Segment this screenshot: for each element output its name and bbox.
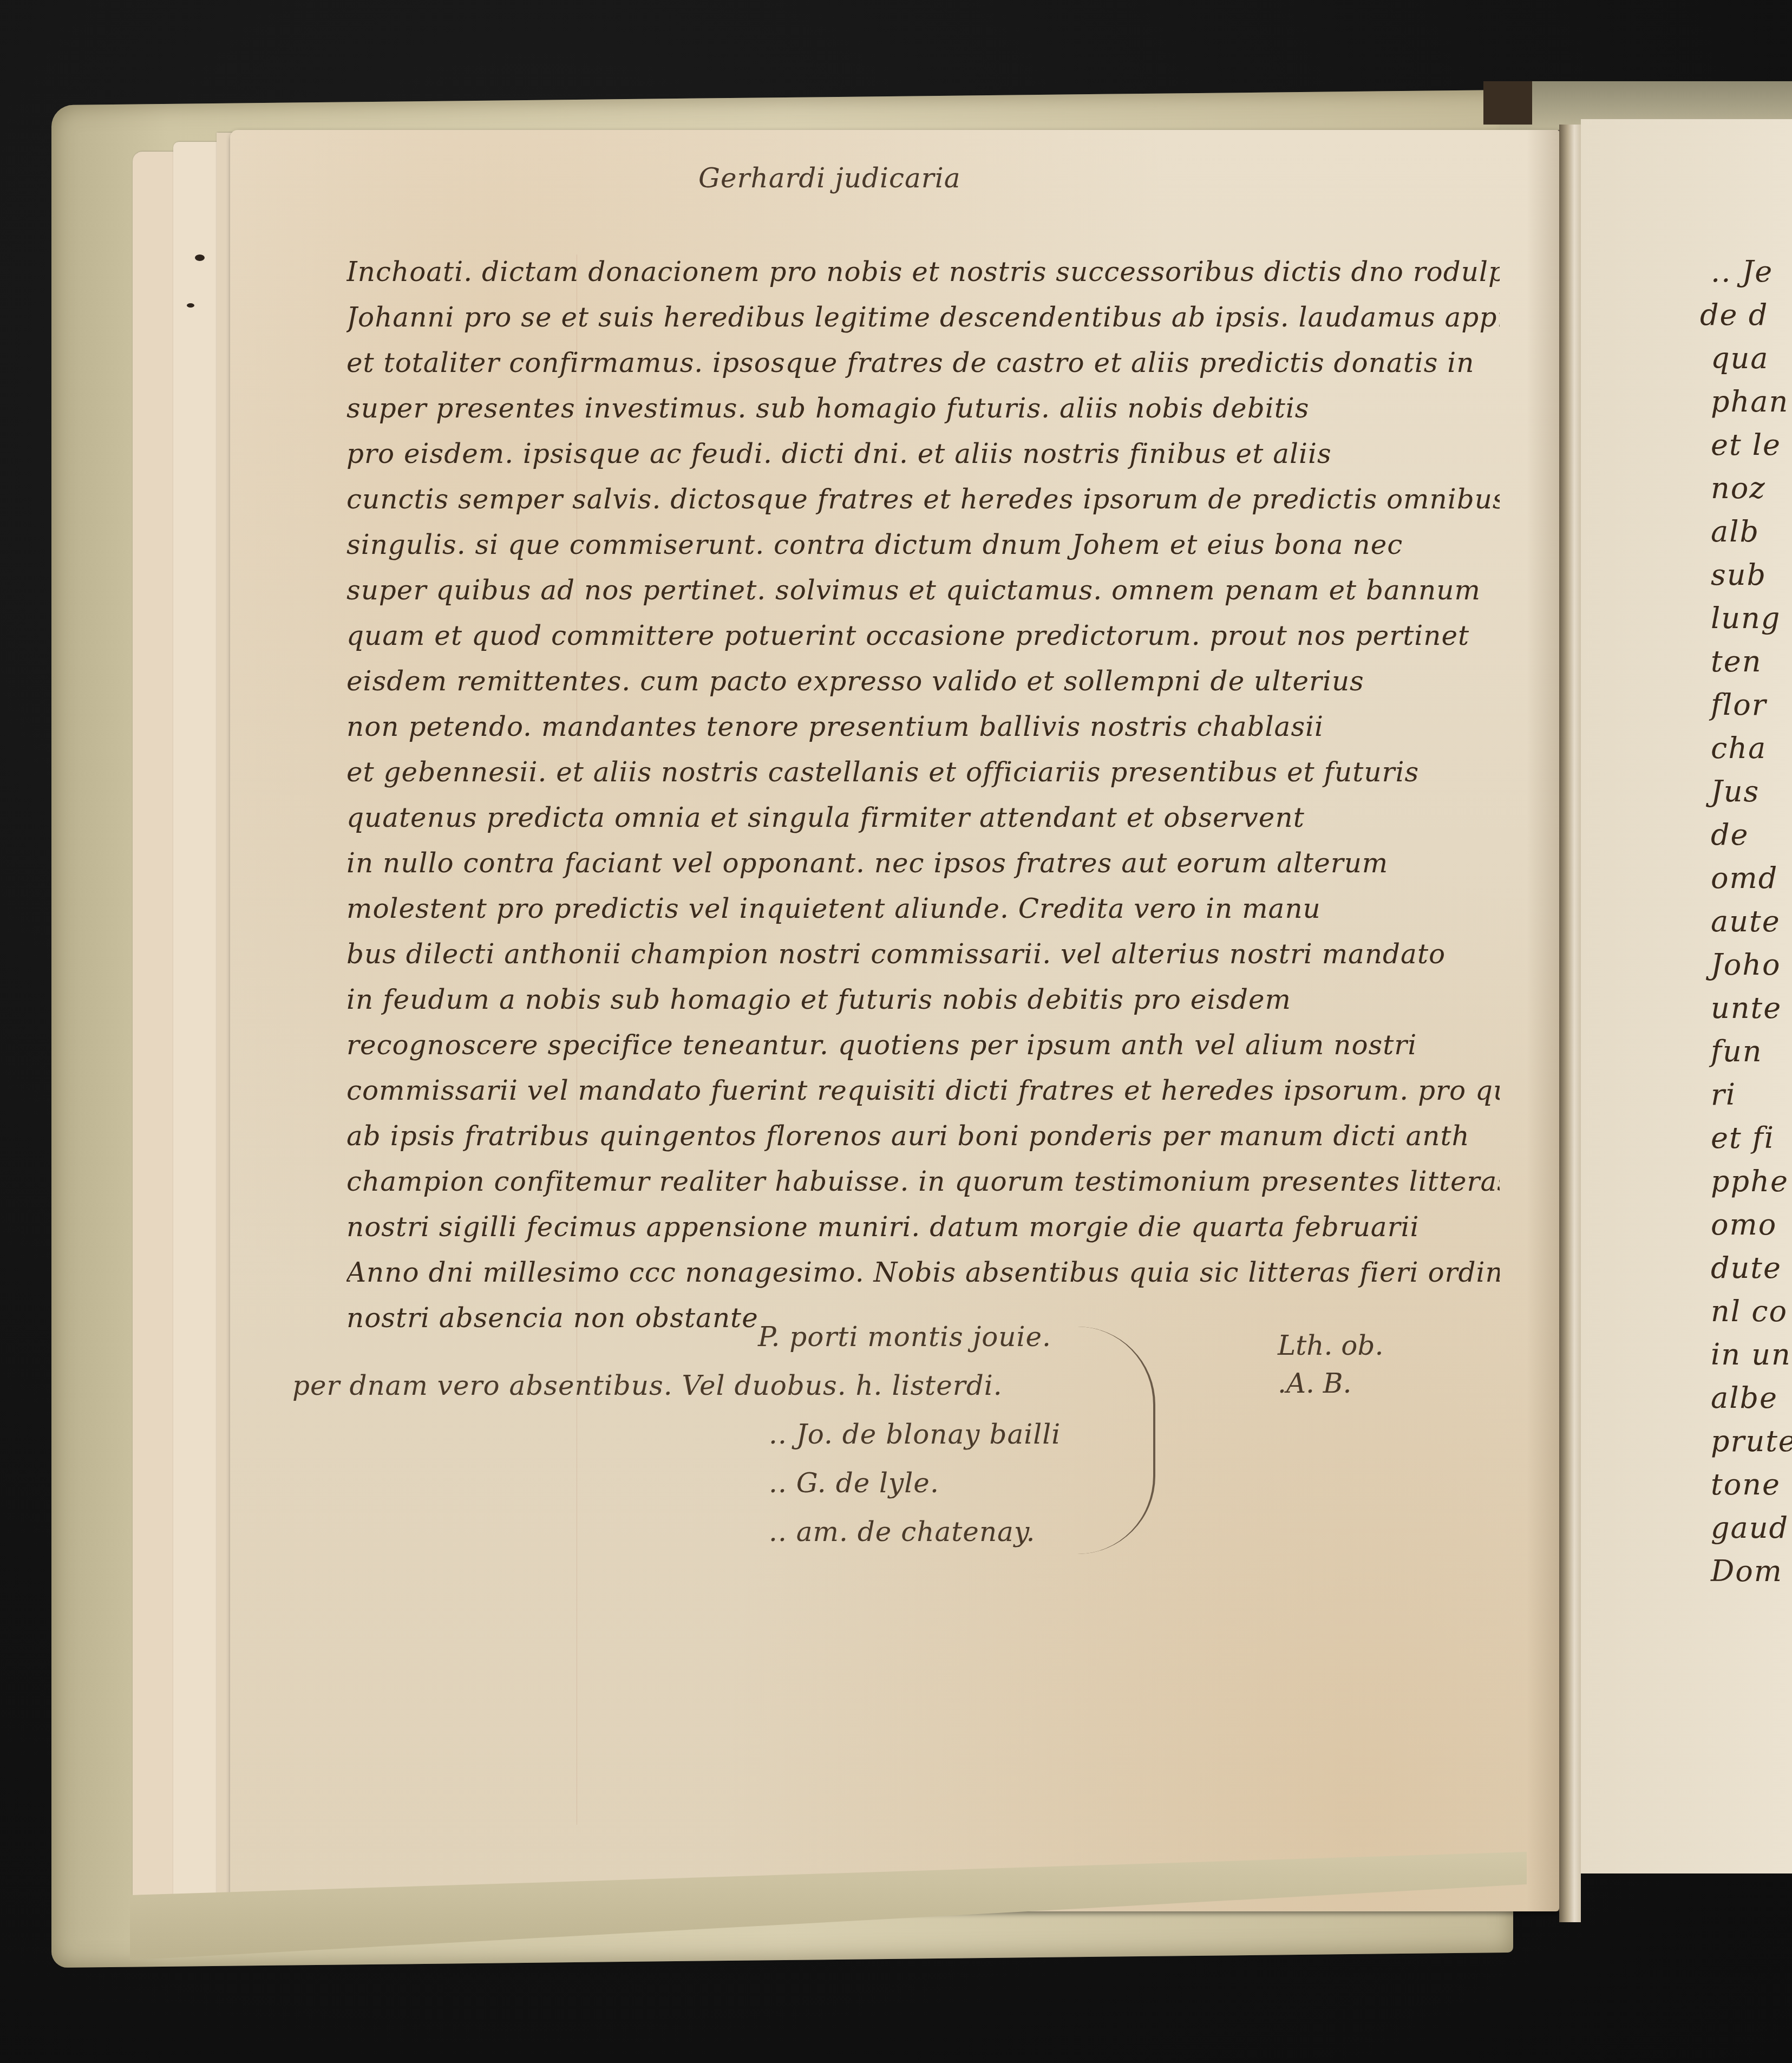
recto-fragment: Joho	[1711, 948, 1781, 982]
recto-fragment: qua	[1711, 341, 1769, 375]
text-line: Johanni pro se et suis heredibus legitim…	[346, 295, 1500, 340]
text-line: in feudum a nobis sub homagio et futuris…	[346, 977, 1500, 1022]
text-line: pro eisdem. ipsisque ac feudi. dicti dni…	[346, 431, 1500, 476]
recto-fragment: omo	[1711, 1207, 1777, 1242]
recto-fragment: et fi	[1711, 1121, 1775, 1155]
recto-fragment: nl co	[1711, 1294, 1788, 1328]
text-line: quam et quod committere potuerint occasi…	[346, 613, 1500, 658]
book-gutter	[1559, 125, 1581, 1922]
recto-fragment: de d	[1700, 298, 1768, 332]
text-line: Inchoati. dictam donacionem pro nobis et…	[346, 249, 1500, 295]
witness-line: .. G. de lyle.	[769, 1467, 939, 1499]
recto-fragment: prute	[1711, 1424, 1792, 1458]
text-line: champion confitemur realiter habuisse. i…	[346, 1159, 1500, 1204]
per-dominum-line: per dnam vero absentibus. Vel duobus. h.…	[292, 1370, 1003, 1401]
closing-note: P. porti montis jouie.	[758, 1321, 1051, 1353]
recto-fragment: ten	[1711, 644, 1762, 678]
recto-fragment: et le	[1711, 428, 1781, 462]
recto-fragment: fun	[1711, 1034, 1763, 1068]
recto-fragment: lung	[1711, 601, 1781, 635]
recto-fragment: ri	[1711, 1078, 1736, 1112]
text-line: quatenus predicta omnia et singula firmi…	[346, 795, 1500, 840]
recto-fragment: sub	[1711, 558, 1767, 592]
text-line: recognoscere specifice teneantur. quotie…	[346, 1022, 1500, 1068]
spine-head	[1483, 81, 1532, 125]
text-line: bus dilecti anthonii champion nostri com…	[346, 931, 1500, 977]
text-line: Anno dni millesimo ccc nonagesimo. Nobis…	[346, 1250, 1500, 1295]
initials-line: .A. B.	[1278, 1365, 1383, 1402]
recto-fragment: pphe	[1711, 1164, 1789, 1198]
witness-line: .. Jo. de blonay bailli	[769, 1419, 1061, 1450]
recto-fragment: omd	[1711, 861, 1778, 895]
recto-fragment: Jus	[1711, 774, 1760, 808]
recto-fragment: flor	[1711, 688, 1767, 722]
recto-fragment: unte	[1711, 991, 1782, 1025]
text-line: ab ipsis fratribus quingentos florenos a…	[346, 1113, 1500, 1159]
text-line: nostri sigilli fecimus appensione muniri…	[346, 1204, 1500, 1250]
main-text-block: Inchoati. dictam donacionem pro nobis et…	[346, 249, 1500, 1341]
recto-fragment: alb	[1711, 514, 1760, 549]
text-line: et gebennesii. et aliis nostris castella…	[346, 749, 1500, 795]
text-line: super quibus ad nos pertinet. solvimus e…	[346, 567, 1500, 613]
text-line: cunctis semper salvis. dictosque fratres…	[346, 476, 1500, 522]
witness-line: .. am. de chatenay.	[769, 1516, 1035, 1548]
text-line: et totaliter confirmamus. ipsosque fratr…	[346, 340, 1500, 386]
recto-fragment: noz	[1711, 471, 1766, 505]
recto-fragment: aute	[1711, 904, 1781, 938]
recto-fragment: tone	[1711, 1467, 1781, 1501]
text-line: singulis. si que commiserunt. contra dic…	[346, 522, 1500, 567]
recto-fragment: in un	[1711, 1337, 1791, 1372]
recto-fragment: phan	[1711, 384, 1789, 419]
recto-fragment: de	[1711, 818, 1749, 852]
recto-fragment: gaud	[1711, 1511, 1789, 1545]
text-line: molestent pro predictis vel inquietent a…	[346, 886, 1500, 931]
text-line: eisdem remittentes. cum pacto expresso v…	[346, 658, 1500, 704]
recto-fragment: albe	[1711, 1381, 1778, 1415]
recto-fragment: .. Je	[1711, 254, 1773, 289]
text-line: in nullo contra faciant vel opponant. ne…	[346, 840, 1500, 886]
recto-fragment: cha	[1711, 731, 1767, 765]
text-line: commissarii vel mandato fuerint requisit…	[346, 1068, 1500, 1113]
initials-line: Lth. ob.	[1278, 1327, 1383, 1365]
text-line: super presentes investimus. sub homagio …	[346, 386, 1500, 431]
scribe-initials: Lth. ob. .A. B.	[1278, 1327, 1383, 1402]
recto-page: .. Je de d qua phan et le noz alb sub lu…	[1581, 119, 1792, 1873]
recto-fragment: dute	[1711, 1251, 1782, 1285]
recto-fragment: Dom	[1711, 1554, 1783, 1588]
page-header: Gerhardi judicaria	[698, 162, 960, 194]
text-line: non petendo. mandantes tenore presentium…	[346, 704, 1500, 749]
